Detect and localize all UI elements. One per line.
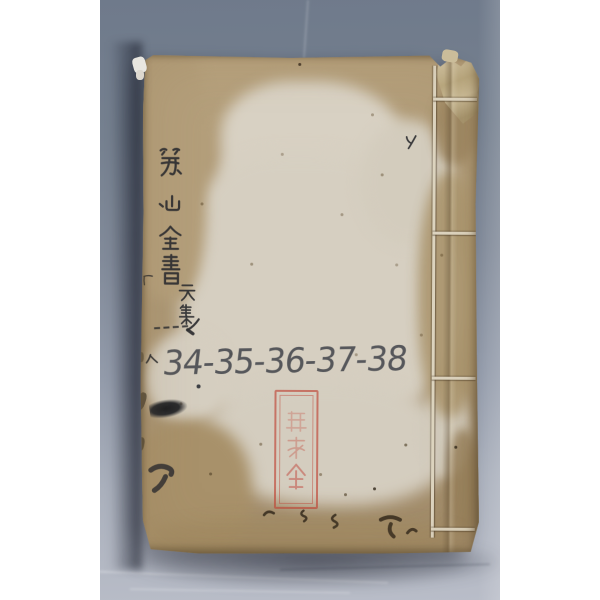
book-cover: 34-35-36-37-38 (139, 52, 482, 556)
spine-fold (442, 54, 459, 556)
binding-stitch (433, 98, 477, 101)
ink-bracket-mark (141, 268, 155, 294)
ink-hook-mark (147, 457, 193, 505)
edge-chip (139, 391, 148, 411)
ink-tick-mark (182, 314, 206, 344)
worm-damage (297, 501, 309, 531)
edge-chip (139, 352, 144, 362)
backdrop-crease (130, 588, 350, 594)
red-seal-stamp (274, 390, 319, 509)
catalog-numbers: 34-35-36-37-38 (159, 338, 447, 398)
title-char-2 (157, 192, 185, 220)
ink-lead-mark (144, 348, 164, 374)
ink-y-mark (401, 131, 425, 161)
worm-damage (259, 508, 279, 520)
ink-dot (197, 384, 201, 388)
book-shadow-left (110, 42, 142, 570)
worm-damage (327, 503, 341, 539)
book: 34-35-36-37-38 (139, 52, 482, 556)
binding-stitch (431, 528, 475, 531)
paper-specks (141, 52, 144, 55)
torn-paper-bit (441, 49, 459, 64)
photograph: 34-35-36-37-38 (100, 0, 500, 600)
worm-damage (379, 511, 403, 541)
backdrop-highlight (478, 0, 500, 600)
torn-paper-bit (136, 70, 144, 80)
worm-damage (406, 524, 418, 538)
title-char-1 (155, 142, 187, 184)
backdrop-crease (303, 0, 309, 58)
volume-char-1 (174, 281, 200, 303)
seal-glyphs (280, 396, 313, 503)
binding-stitch (432, 232, 476, 235)
